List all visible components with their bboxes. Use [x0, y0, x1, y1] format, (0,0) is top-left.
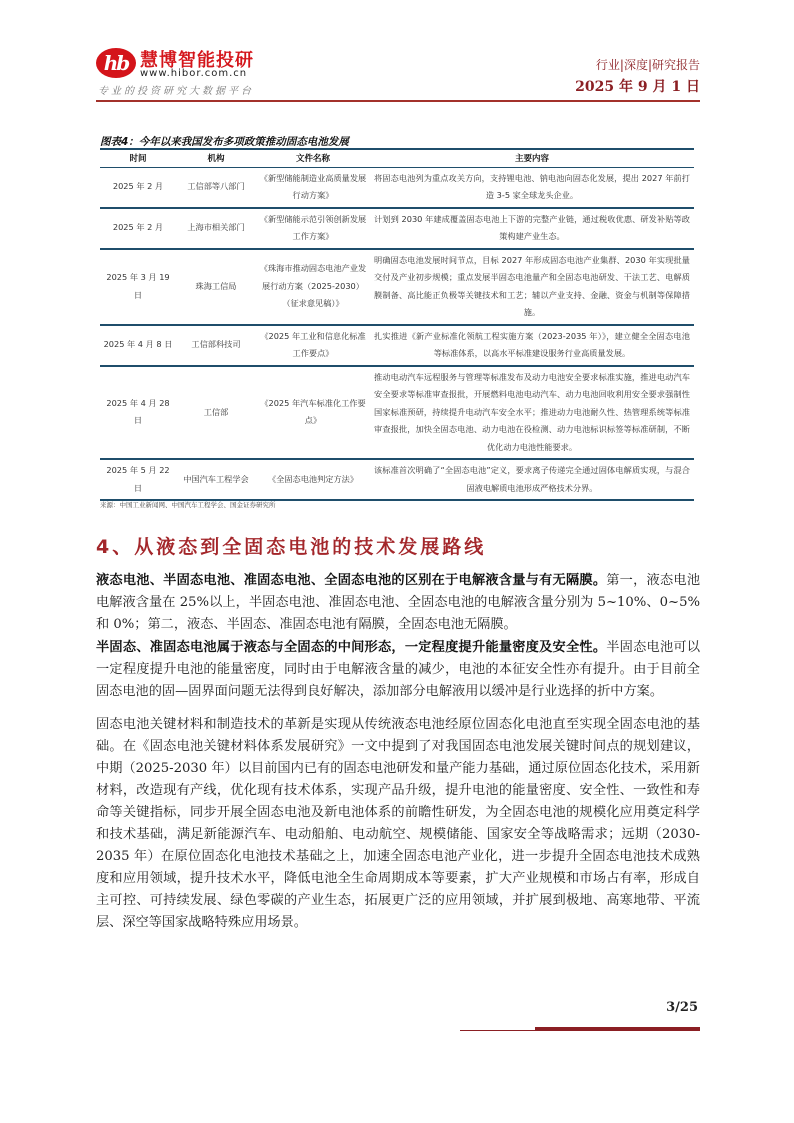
cell-org: 工信部等八部门 [176, 167, 256, 208]
cell-document: 《全固态电池判定方法》 [256, 459, 370, 500]
report-type: 行业|深度|研究报告 [575, 56, 700, 73]
cell-org: 珠海工信局 [176, 249, 256, 325]
paragraph: 固态电池关键材料和制造技术的革新是实现从传统液态电池经原位固态化电池直至实现全固… [96, 714, 700, 934]
cell-document: 《2025 年工业和信息化标准工作要点》 [256, 325, 370, 366]
logo-mark-icon: hb [96, 48, 136, 78]
footer-divider-accent [535, 1027, 700, 1030]
paragraph: 液态电池、半固态电池、准固态电池、全固态电池的区别在于电解液含量与有无隔膜。第一… [96, 570, 700, 636]
page-header: hb 慧博智能投研 www.hibor.com.cn 专业的投资研究大数据平台 … [96, 42, 700, 102]
policy-table: 时间 机构 文件名称 主要内容 2025 年 2 月 工信部等八部门 《新型储能… [100, 148, 694, 501]
cell-content: 计划到 2030 年建成覆盖固态电池上下游的完整产业链，通过税收优惠、研发补贴等… [370, 208, 694, 249]
brand-url: www.hibor.com.cn [140, 68, 247, 79]
cell-document: 《珠海市推动固态电池产业发展行动方案（2025-2030）（征求意见稿）》 [256, 249, 370, 325]
page-number: 3/25 [666, 1000, 698, 1015]
column-header-content: 主要内容 [370, 149, 694, 167]
table-row: 2025 年 3 月 19 日 珠海工信局 《珠海市推动固态电池产业发展行动方案… [100, 249, 694, 325]
table-row: 2025 年 2 月 上海市相关部门 《新型储能示范引领创新发展工作方案》 计划… [100, 208, 694, 249]
table-header-row: 时间 机构 文件名称 主要内容 [100, 149, 694, 167]
cell-org: 工信部 [176, 366, 256, 460]
paragraph-lead: 半固态、准固态电池属于液态与全固态的中间形态，一定程度提升能量密度及安全性。 [96, 640, 606, 655]
brand-slogan: 专业的投资研究大数据平台 [98, 82, 254, 97]
paragraph: 半固态、准固态电池属于液态与全固态的中间形态，一定程度提升能量密度及安全性。半固… [96, 637, 700, 703]
paragraph-lead: 液态电池、半固态电池、准固态电池、全固态电池的区别在于电解液含量与有无隔膜。 [96, 573, 606, 588]
cell-document: 《2025 年汽车标准化工作要点》 [256, 366, 370, 460]
column-header-org: 机构 [176, 149, 256, 167]
cell-document: 《新型储能示范引领创新发展工作方案》 [256, 208, 370, 249]
header-divider [96, 100, 700, 102]
cell-time: 2025 年 4 月 8 日 [100, 325, 176, 366]
figure-title: 图表4：今年以来我国发布多项政策推动固态电池发展 [100, 134, 349, 149]
table-row: 2025 年 4 月 28 日 工信部 《2025 年汽车标准化工作要点》 推动… [100, 366, 694, 460]
cell-org: 上海市相关部门 [176, 208, 256, 249]
cell-org: 中国汽车工程学会 [176, 459, 256, 500]
cell-content: 扎实推进《新产业标准化领航工程实施方案（2023-2035 年）》，建立健全全固… [370, 325, 694, 366]
table-row: 2025 年 5 月 22 日 中国汽车工程学会 《全固态电池判定方法》 该标准… [100, 459, 694, 500]
table-row: 2025 年 4 月 8 日 工信部科技司 《2025 年工业和信息化标准工作要… [100, 325, 694, 366]
report-date: 2025 年 9 月 1 日 [575, 76, 700, 96]
cell-document: 《新型储能制造业高质量发展行动方案》 [256, 167, 370, 208]
cell-content: 明确固态电池发展时间节点，目标 2027 年形成固态电池产业集群、2030 年实… [370, 249, 694, 325]
report-meta: 行业|深度|研究报告 2025 年 9 月 1 日 [575, 56, 700, 96]
table-row: 2025 年 2 月 工信部等八部门 《新型储能制造业高质量发展行动方案》 将固… [100, 167, 694, 208]
cell-time: 2025 年 5 月 22 日 [100, 459, 176, 500]
section-title: 4、从液态到全固态电池的技术发展路线 [96, 532, 486, 559]
cell-org: 工信部科技司 [176, 325, 256, 366]
footer-divider [460, 1030, 700, 1031]
column-header-document: 文件名称 [256, 149, 370, 167]
figure-source: 来源：中国工业新闻网、中国汽车工程学会、国金证券研究所 [100, 500, 276, 509]
cell-content: 该标准首次明确了“全固态电池”定义，要求离子传递完全通过固体电解质实现，与混合固… [370, 459, 694, 500]
column-header-time: 时间 [100, 149, 176, 167]
cell-content: 将固态电池列为重点攻关方向，支持锂电池、钠电池向固态化发展，提出 2027 年前… [370, 167, 694, 208]
cell-time: 2025 年 2 月 [100, 167, 176, 208]
cell-time: 2025 年 2 月 [100, 208, 176, 249]
cell-time: 2025 年 4 月 28 日 [100, 366, 176, 460]
cell-time: 2025 年 3 月 19 日 [100, 249, 176, 325]
paragraph-body: 固态电池关键材料和制造技术的革新是实现从传统液态电池经原位固态化电池直至实现全固… [96, 717, 700, 930]
cell-content: 推动电动汽车远程服务与管理等标准发布及动力电池安全要求标准实施，推进电动汽车安全… [370, 366, 694, 460]
